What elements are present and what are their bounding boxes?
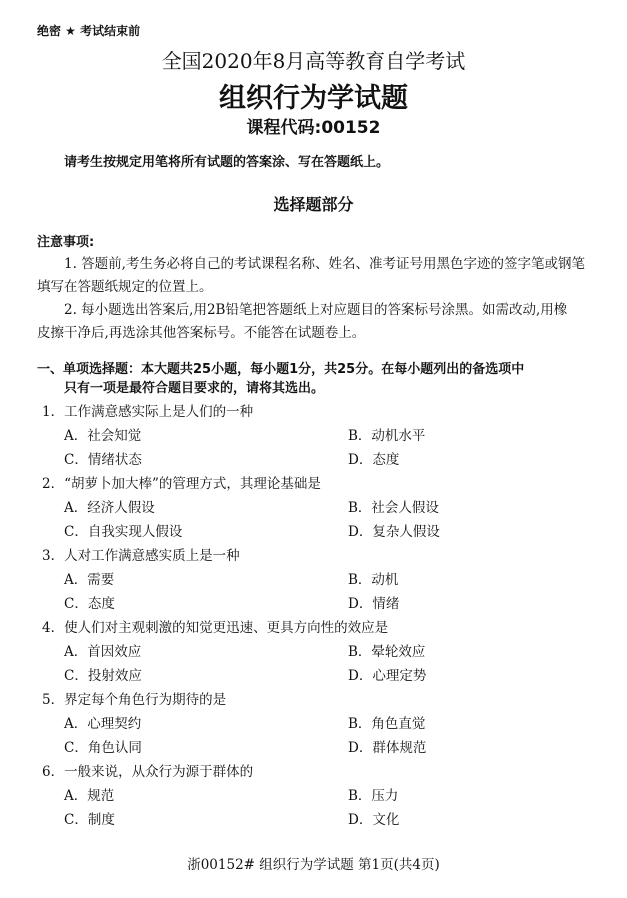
notes-heading: 注意事项: <box>37 231 94 250</box>
q6-option-d: D．文化 <box>348 808 399 828</box>
question-6: 6．一般来说，从众行为源于群体的 <box>42 760 253 780</box>
q1-option-b: B．动机水平 <box>348 424 425 444</box>
page-title: 组织行为学试题 <box>0 76 627 115</box>
question-1: 1．工作满意感实际上是人们的一种 <box>42 400 253 420</box>
q5-option-d: D．群体规范 <box>348 736 426 756</box>
question-3: 3．人对工作满意感实质上是一种 <box>42 544 240 564</box>
section-title: 选择题部分 <box>0 192 627 215</box>
q6-option-c: C．制度 <box>64 808 115 828</box>
note-1-line1: 1. 答题前,考生务必将自己的考试课程名称、姓名、准考证号用黑色字迹的签字笔或钢… <box>64 252 585 272</box>
exam-name: 全国2020年8月高等教育自学考试 <box>0 45 627 74</box>
part-one-heading-cont: 只有一项是最符合题目要求的，请将其选出。 <box>64 377 324 396</box>
q4-option-d: D．心理定势 <box>348 664 426 684</box>
q3-option-c: C．态度 <box>64 592 115 612</box>
question-2: 2．“胡萝卜加大棒”的管理方式，其理论基础是 <box>42 472 321 492</box>
q3-option-b: B．动机 <box>348 568 398 588</box>
note-1-line2: 填写在答题纸规定的位置上。 <box>37 275 213 295</box>
q1-option-d: D．态度 <box>348 448 399 468</box>
q4-option-c: C．投射效应 <box>64 664 142 684</box>
q1-option-a: A．社会知觉 <box>64 424 141 444</box>
q2-option-a: A．经济人假设 <box>64 496 155 516</box>
q3-option-d: D．情绪 <box>348 592 399 612</box>
q2-option-d: D．复杂人假设 <box>348 520 440 540</box>
q4-option-b: B．晕轮效应 <box>348 640 425 660</box>
q5-option-b: B．角色直觉 <box>348 712 425 732</box>
page-footer: 浙00152# 组织行为学试题 第1页(共4页) <box>0 853 627 873</box>
part-one-heading: 一、单项选择题：本大题共25小题，每小题1分，共25分。在每小题列出的备选项中 <box>37 358 524 377</box>
confidential-label: 绝密 ★ 考试结束前 <box>37 22 140 39</box>
q2-option-b: B．社会人假设 <box>348 496 439 516</box>
q3-option-a: A．需要 <box>64 568 114 588</box>
question-5: 5．界定每个角色行为期待的是 <box>42 688 226 708</box>
q6-option-b: B．压力 <box>348 784 398 804</box>
q5-option-c: C．角色认同 <box>64 736 142 756</box>
course-code: 课程代码:00152 <box>0 113 627 138</box>
question-4: 4．使人们对主观刺激的知觉更迅速、更具方向性的效应是 <box>42 616 388 636</box>
q1-option-c: C．情绪状态 <box>64 448 142 468</box>
q2-option-c: C．自我实现人假设 <box>64 520 182 540</box>
note-2-line2: 皮擦干净后,再选涂其他答案标号。不能答在试题卷上。 <box>37 321 365 341</box>
q4-option-a: A．首因效应 <box>64 640 141 660</box>
instruction: 请考生按规定用笔将所有试题的答案涂、写在答题纸上。 <box>64 151 389 170</box>
q5-option-a: A．心理契约 <box>64 712 141 732</box>
note-2-line1: 2. 每小题选出答案后,用2B铅笔把答题纸上对应题目的答案标号涂黑。如需改动,用… <box>64 298 567 318</box>
q6-option-a: A．规范 <box>64 784 114 804</box>
